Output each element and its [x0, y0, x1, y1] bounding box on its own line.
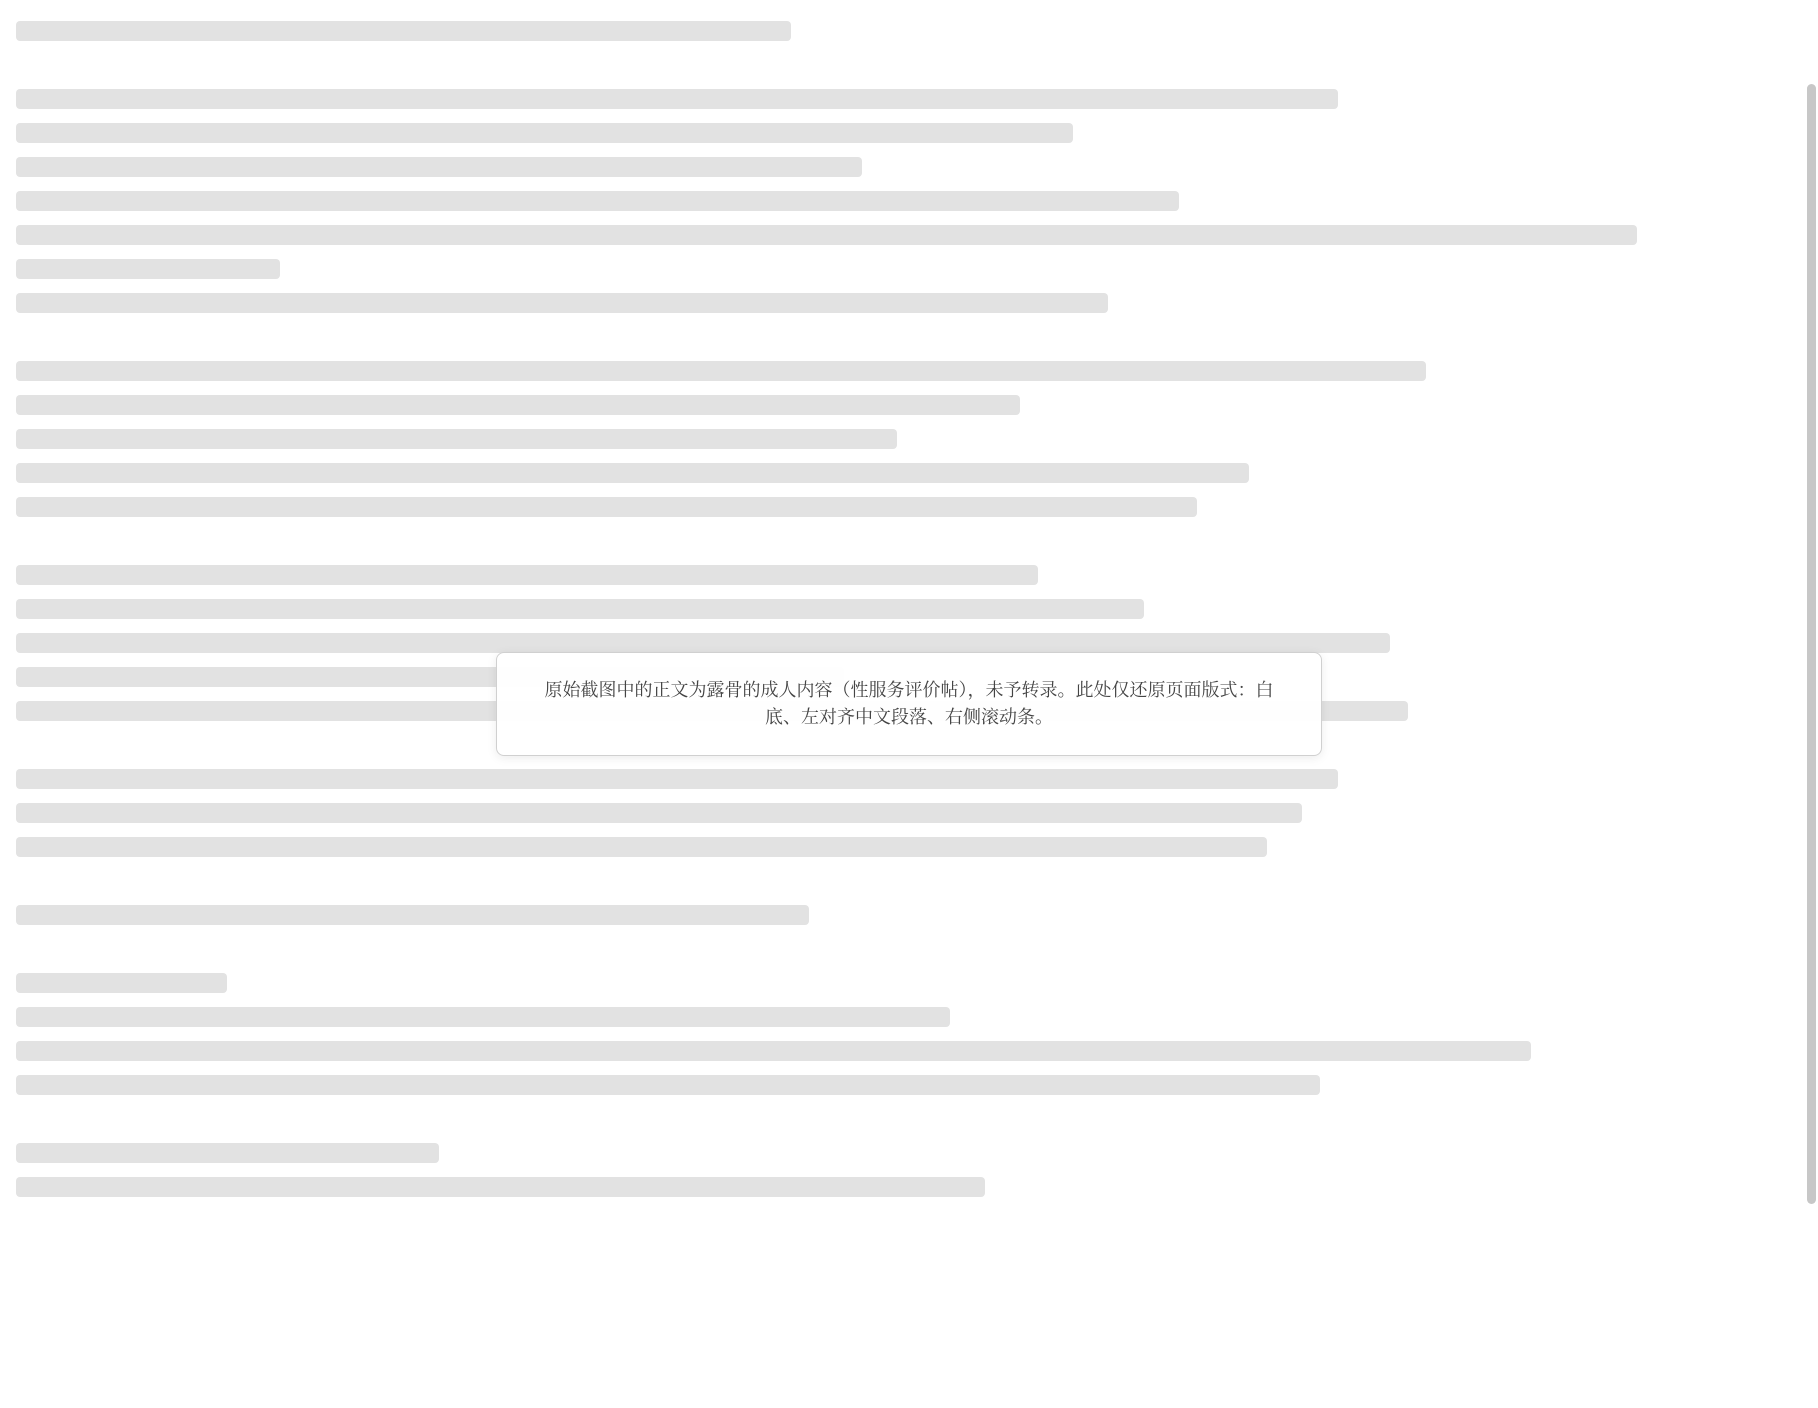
redacted-text-line: [16, 592, 1778, 626]
redacted-text-line: [16, 286, 1778, 320]
redacted-text-line: [16, 558, 1778, 592]
redacted-text-line: [16, 1000, 1778, 1034]
redacted-text-line: [16, 218, 1778, 252]
redacted-text-line: [16, 456, 1778, 490]
redacted-text-line: [16, 490, 1778, 524]
scrollbar-track[interactable]: [1804, 0, 1818, 1408]
blank-line: [16, 320, 1778, 354]
redaction-notice: 原始截图中的正文为露骨的成人内容（性服务评价帖），未予转录。此处仅还原页面版式：…: [496, 652, 1322, 756]
redacted-text-line: [16, 82, 1778, 116]
redacted-text-line: [16, 354, 1778, 388]
redacted-text-line: [16, 14, 1778, 48]
redacted-text-line: [16, 422, 1778, 456]
scrollbar-thumb[interactable]: [1807, 84, 1816, 1204]
blank-line: [16, 864, 1778, 898]
redacted-text-line: [16, 184, 1778, 218]
redacted-text-line: [16, 150, 1778, 184]
redacted-text-line: [16, 1034, 1778, 1068]
blank-line: [16, 1102, 1778, 1136]
blank-line: [16, 48, 1778, 82]
redacted-text-line: [16, 762, 1778, 796]
redacted-text-line: [16, 1068, 1778, 1102]
redacted-text-line: [16, 830, 1778, 864]
redacted-text-line: [16, 1136, 1778, 1170]
redacted-text-line: [16, 252, 1778, 286]
redacted-text-line: [16, 898, 1778, 932]
redacted-text-line: [16, 1170, 1778, 1204]
document-page: 原始截图中的正文为露骨的成人内容（性服务评价帖），未予转录。此处仅还原页面版式：…: [0, 0, 1818, 1408]
redacted-text-line: [16, 796, 1778, 830]
blank-line: [16, 932, 1778, 966]
redacted-text-line: [16, 116, 1778, 150]
text-content-area: [16, 14, 1778, 1204]
redacted-text-line: [16, 388, 1778, 422]
redacted-text-line: [16, 966, 1778, 1000]
blank-line: [16, 524, 1778, 558]
